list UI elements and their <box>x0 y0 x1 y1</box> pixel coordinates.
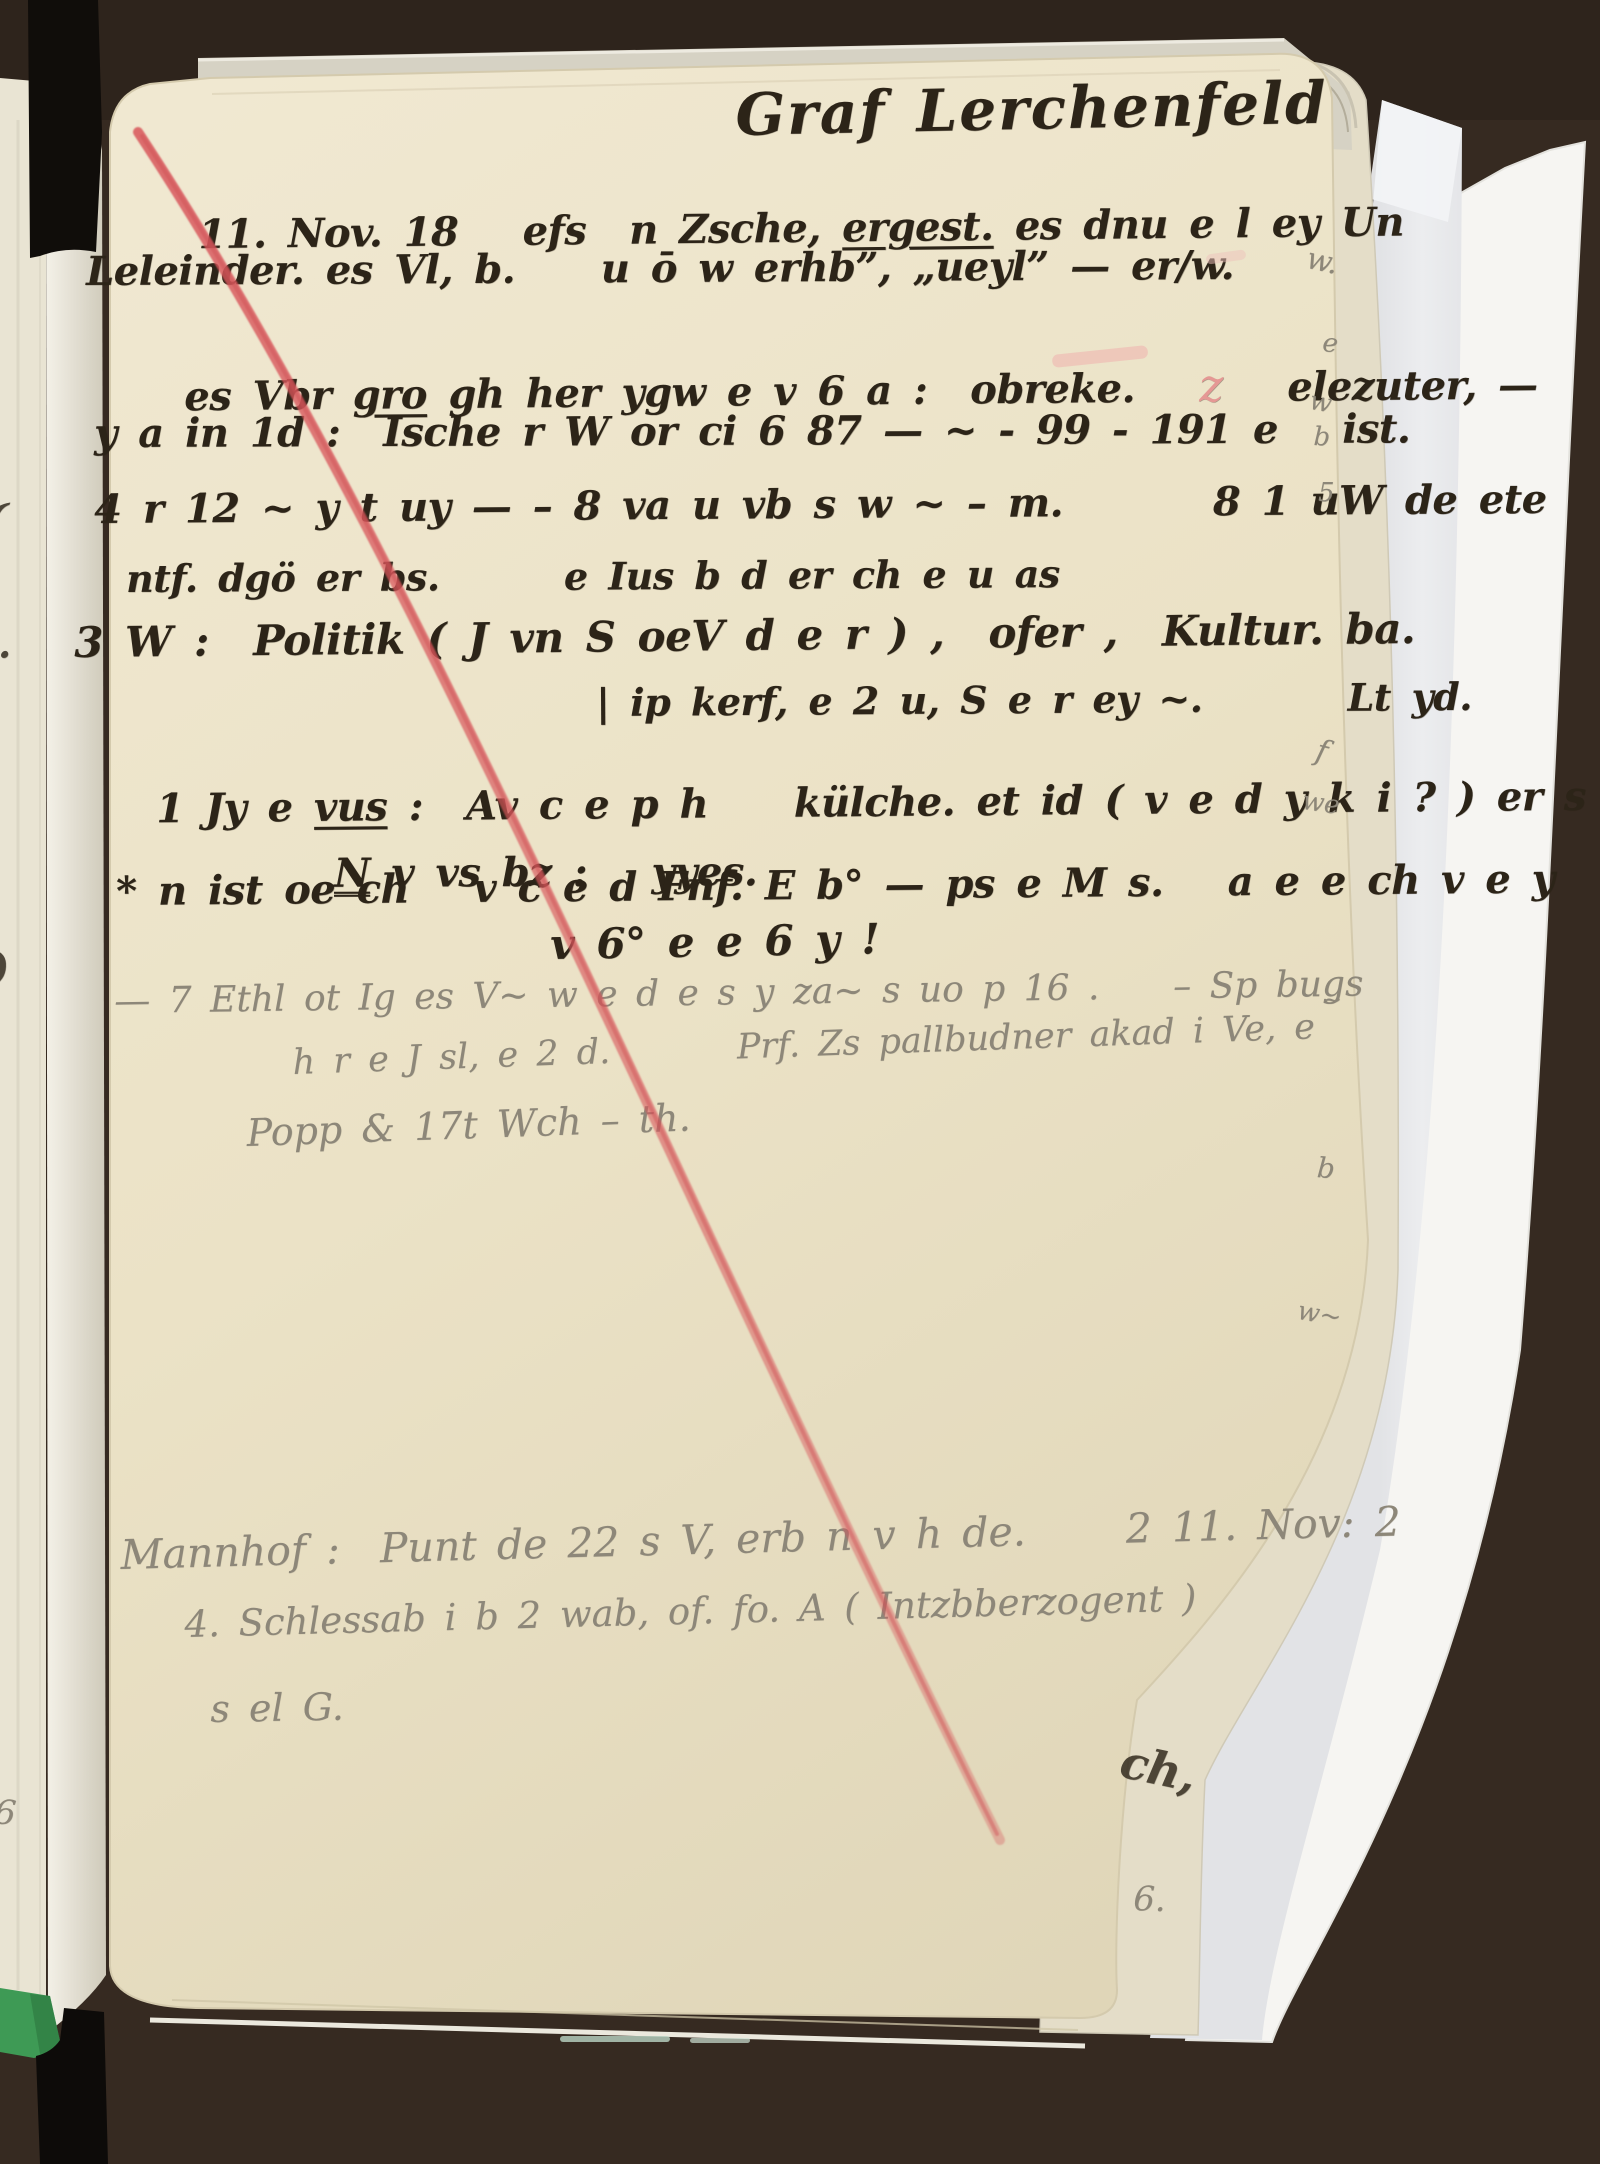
red-shorthand-glyph: z <box>1199 358 1223 412</box>
ink-line-11: * n ist oe ch v c e d Fnf. E b° — ps e M… <box>116 859 1555 912</box>
ink-line-3-tail: elezuter, — <box>1223 361 1538 411</box>
ink-line-8: | ip kerf, e 2 u, S e r ey ~. Lt yd. Jos… <box>596 676 1600 722</box>
right-margin-mark-1: w. <box>1304 244 1341 280</box>
right-margin-mark-3: w <box>1307 388 1333 417</box>
ink-line-12: v 6° e e 6 y ! <box>550 918 880 966</box>
right-margin-mark-7: we <box>1300 788 1341 819</box>
right-margin-mark-10: w~ <box>1295 1298 1343 1331</box>
right-margin-mark-4: b <box>1313 424 1331 451</box>
bottom-mint-dash <box>560 2036 670 2042</box>
left-margin-mark-4: 6 <box>0 1795 18 1831</box>
ink-line-2: Leleinder. es Vl, b. u ō w erhb”, „ueyl”… <box>86 246 1234 292</box>
gutter-curl <box>46 84 106 2032</box>
bottom-mint-dash-2 <box>690 2038 750 2043</box>
pencil-line-6: s el G. <box>210 1688 344 1728</box>
ink-line-6: ntf. dgö er bs. e Ius b d er ch e u as <box>126 555 1060 598</box>
corner-pencil-mark: 6. <box>1133 1882 1167 1917</box>
right-margin-mark-2: e <box>1321 330 1339 357</box>
ink-line-4: y a in 1d : Ische r W or ci 6 87 — ~ - 9… <box>94 409 1410 454</box>
manuscript-photo: Graf Lerchenfeld 11. Nov. 18 efs n Zsche… <box>0 0 1600 2164</box>
corner-ink-mark: ch, <box>1116 1738 1200 1799</box>
heading-graf-lerchenfeld: Graf Lerchenfeld <box>735 74 1328 144</box>
right-margin-mark-8: ~ <box>1322 988 1342 1012</box>
right-margin-mark-9: b <box>1316 1154 1336 1183</box>
right-margin-mark-5: 5 <box>1318 480 1335 506</box>
spine-shadow-top <box>28 0 102 258</box>
left-margin-mark-2: · <box>0 636 11 674</box>
